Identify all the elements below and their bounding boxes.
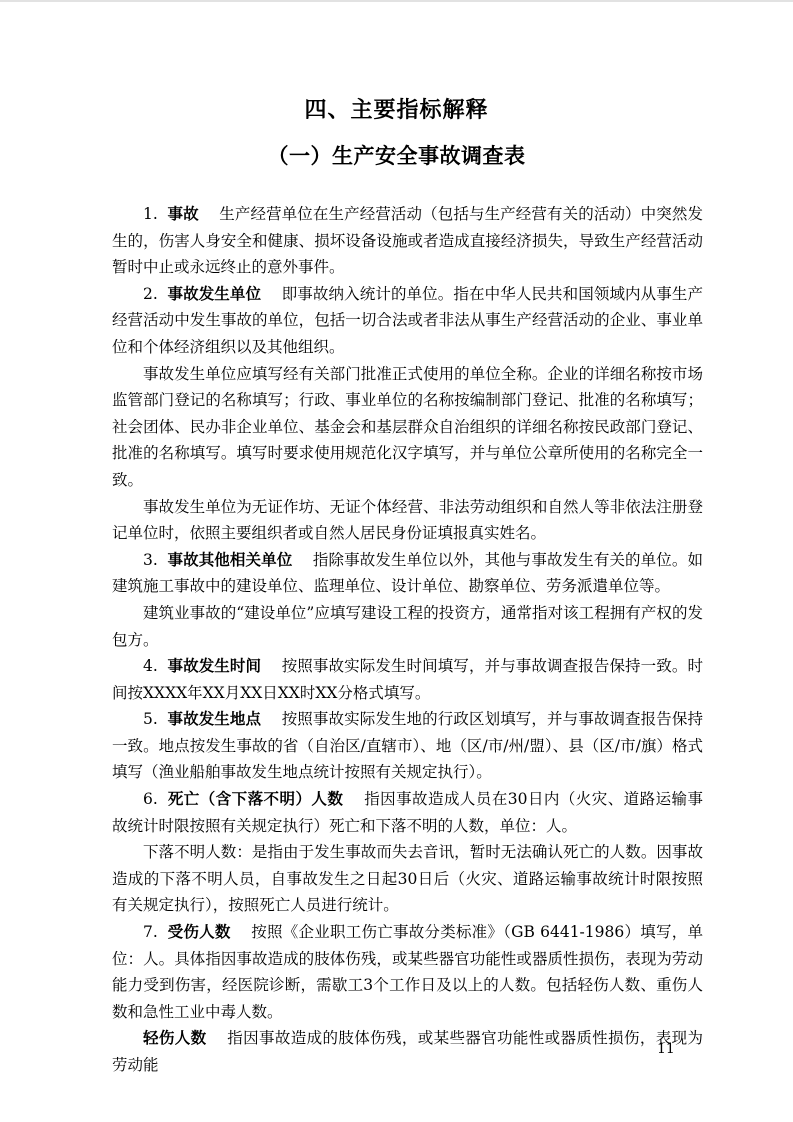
paragraph-term: 受伤人数: [168, 923, 231, 941]
paragraph-number: 7.: [143, 923, 158, 941]
paragraph-number: 6.: [143, 790, 158, 808]
section-title: 四、主要指标解释: [0, 98, 793, 124]
paragraph: 事故发生单位为无证作坊、无证个体经营、非法劳动组织和自然人等非依法注册登记单位时…: [112, 494, 703, 547]
subsection-title: （一）生产安全事故调查表: [0, 143, 793, 169]
paragraph-number: 4.: [143, 657, 158, 675]
paragraph: 6. 死亡（含下落不明）人数 指因事故造成人员在30日内（火灾、道路运输事故统计…: [112, 786, 703, 839]
paragraph-number: 2.: [143, 285, 158, 303]
paragraph-term: 轻伤人数: [143, 1029, 206, 1047]
paragraph-term: 事故发生时间: [167, 657, 261, 675]
paragraph: 事故发生单位应填写经有关部门批准正式使用的单位全称。企业的详细名称按市场监管部门…: [112, 361, 703, 494]
document-header: 四、主要指标解释 （一）生产安全事故调查表: [0, 2, 793, 169]
paragraph-term: 死亡（含下落不明）人数: [168, 790, 343, 808]
paragraph-number: 3.: [143, 551, 158, 569]
paragraph-number: 5.: [143, 710, 158, 728]
paragraph: 轻伤人数 指因事故造成的肢体伤残，或某些器官功能性或器质性损伤，表现为劳动能: [112, 1025, 703, 1078]
paragraph: 4. 事故发生时间 按照事故实际发生时间填写，并与事故调查报告保持一致。时间按X…: [112, 653, 703, 706]
paragraph: 1. 事故 生产经营单位在生产经营活动（包括与生产经营有关的活动）中突然发生的，…: [112, 201, 703, 281]
paragraph: 建筑业事故的“建设单位”应填写建设工程的投资方，通常指对该工程拥有产权的发包方。: [112, 600, 703, 653]
paragraph-text: 生产经营单位在生产经营活动（包括与生产经营有关的活动）中突然发生的，伤害人身安全…: [112, 205, 703, 276]
paragraph-number: 1.: [143, 205, 158, 223]
document-page: 四、主要指标解释 （一）生产安全事故调查表 1. 事故 生产经营单位在生产经营活…: [0, 0, 793, 1122]
paragraph-term: 事故发生单位: [167, 285, 261, 303]
paragraph: 2. 事故发生单位 即事故纳入统计的单位。指在中华人民共和国领域内从事生产经营活…: [112, 281, 703, 361]
document-body: 1. 事故 生产经营单位在生产经营活动（包括与生产经营有关的活动）中突然发生的，…: [112, 201, 703, 1079]
paragraph-text: 下落不明人数：是指由于发生事故而失去音讯，暂时无法确认死亡的人数。因事故造成的下…: [112, 843, 703, 914]
page-number: 11: [657, 1040, 675, 1058]
paragraph: 3. 事故其他相关单位 指除事故发生单位以外，其他与事故发生有关的单位。如建筑施…: [112, 547, 703, 600]
paragraph-term: 事故发生地点: [167, 710, 261, 728]
paragraph-text: 建筑业事故的“建设单位”应填写建设工程的投资方，通常指对该工程拥有产权的发包方。: [112, 604, 703, 649]
paragraph: 下落不明人数：是指由于发生事故而失去音讯，暂时无法确认死亡的人数。因事故造成的下…: [112, 839, 703, 919]
paragraph-text: 事故发生单位应填写经有关部门批准正式使用的单位全称。企业的详细名称按市场监管部门…: [112, 365, 703, 489]
paragraph: 7. 受伤人数 按照《企业职工伤亡事故分类标准》（GB 6441-1986）填写…: [112, 919, 703, 1025]
paragraph-term: 事故: [167, 205, 198, 223]
paragraph-text: 事故发生单位为无证作坊、无证个体经营、非法劳动组织和自然人等非依法注册登记单位时…: [112, 498, 703, 543]
paragraph: 5. 事故发生地点 按照事故实际发生地的行政区划填写，并与事故调查报告保持一致。…: [112, 706, 703, 786]
paragraph-term: 事故其他相关单位: [167, 551, 292, 569]
